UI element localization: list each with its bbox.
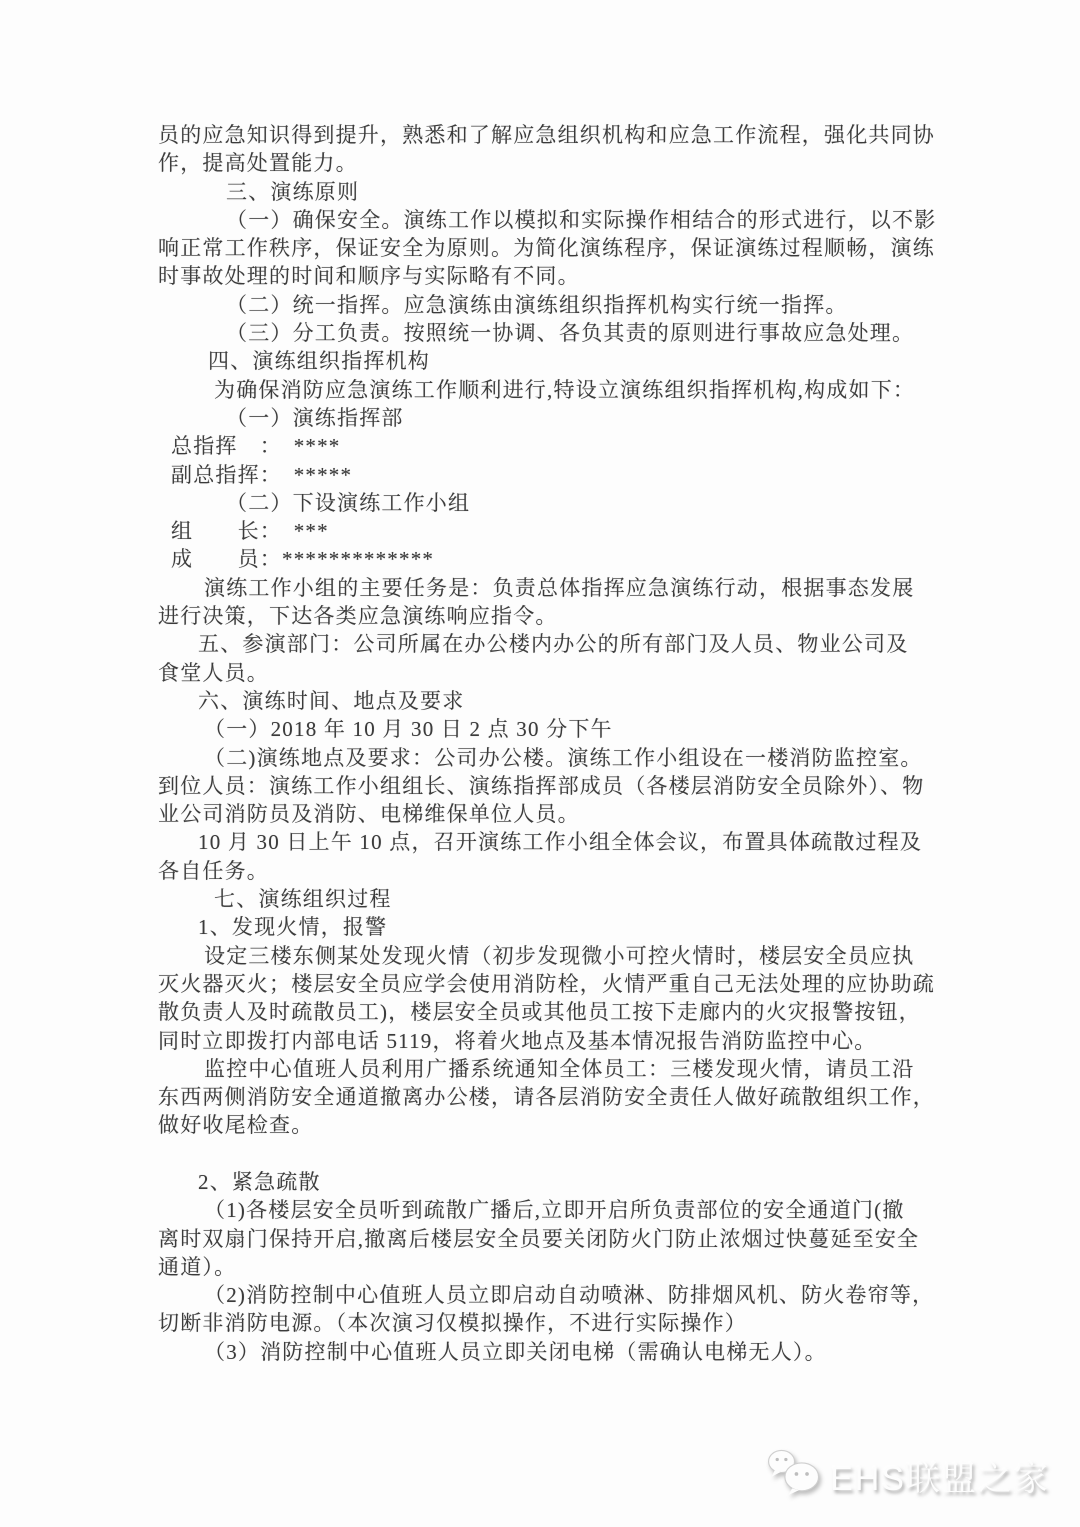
doc-line: 离时双扇门保持开启,撤离后楼层安全员要关闭防火门防止浓烟过快蔓延至安全 [158, 1225, 938, 1253]
doc-line: 监控中心值班人员利用广播系统通知全体员工：三楼发现火情，请员工沿 [158, 1055, 938, 1083]
doc-line: 作，提高处置能力。 [158, 149, 938, 177]
doc-line: 五、参演部门：公司所属在办公楼内办公的所有部门及人员、物业公司及 [158, 630, 938, 658]
doc-line: 10 月 30 日上午 10 点，召开演练工作小组全体会议，布置具体疏散过程及 [158, 828, 938, 856]
doc-line: （一）演练指挥部 [158, 404, 938, 432]
doc-line: 灭火器灭火；楼层安全员应学会使用消防栓，火情严重自己无法处理的应协助疏 [158, 970, 938, 998]
doc-line: 散负责人及时疏散员工)，楼层安全员或其他员工按下走廊内的火灾报警按钮， [158, 998, 938, 1026]
document-page: 员的应急知识得到提升，熟悉和了解应急组织机构和应急工作流程，强化共同协 作，提高… [0, 0, 1080, 1527]
doc-line: 通道）。 [158, 1253, 938, 1281]
doc-line: 响正常工作秩序，保证安全为原则。为简化演练程序，保证演练过程顺畅，演练 [158, 234, 938, 262]
doc-line: 设定三楼东侧某处发现火情（初步发现微小可控火情时，楼层安全员应执 [158, 942, 938, 970]
doc-line: 总指挥 ： **** [158, 432, 938, 460]
watermark-label: EHS联盟之家 [830, 1451, 1050, 1500]
doc-line: （三）分工负责。按照统一协调、各负其责的原则进行事故应急处理。 [158, 319, 938, 347]
doc-line: （二）下设演练工作小组 [158, 489, 938, 517]
doc-line: 六、演练时间、地点及要求 [158, 687, 938, 715]
wechat-icon [766, 1448, 824, 1503]
doc-line: 同时立即拨打内部电话 5119，将着火地点及基本情况报告消防监控中心。 [158, 1027, 938, 1055]
doc-line: 食堂人员。 [158, 659, 938, 687]
doc-line: 各自任务。 [158, 857, 938, 885]
doc-line: 进行决策，下达各类应急演练响应指令。 [158, 602, 938, 630]
doc-line: 1、发现火情，报警 [158, 913, 938, 941]
doc-line: （二)演练地点及要求：公司办公楼。演练工作小组设在一楼消防监控室。 [158, 744, 938, 772]
doc-line: （一）2018 年 10 月 30 日 2 点 30 分下午 [158, 715, 938, 743]
doc-line: 业公司消防员及消防、电梯维保单位人员。 [158, 800, 938, 828]
doc-line: 切断非消防电源。（本次演习仅模拟操作，不进行实际操作） [158, 1309, 938, 1337]
doc-line: 演练工作小组的主要任务是：负责总体指挥应急演练行动，根据事态发展 [158, 574, 938, 602]
doc-line: 七、演练组织过程 [158, 885, 938, 913]
doc-line: 四、演练组织指挥机构 [158, 347, 938, 375]
doc-line: 副总指挥： ***** [158, 461, 938, 489]
document-body: 员的应急知识得到提升，熟悉和了解应急组织机构和应急工作流程，强化共同协 作，提高… [158, 121, 938, 1366]
doc-line: （1)各楼层安全员听到疏散广播后,立即开启所负责部位的安全通道门(撤 [158, 1196, 938, 1224]
doc-line: 员的应急知识得到提升，熟悉和了解应急组织机构和应急工作流程，强化共同协 [158, 121, 938, 149]
doc-line: 2、紧急疏散 [158, 1168, 938, 1196]
doc-line: 成 员：************* [158, 545, 938, 573]
doc-line: （一）确保安全。演练工作以模拟和实际操作相结合的形式进行，以不影 [158, 206, 938, 234]
doc-line: 为确保消防应急演练工作顺利进行,特设立演练组织指挥机构,构成如下： [158, 376, 938, 404]
blank-line [158, 1140, 938, 1168]
doc-line: 组 长： *** [158, 517, 938, 545]
watermark: EHS联盟之家 [766, 1448, 1050, 1503]
doc-line: （3）消防控制中心值班人员立即关闭电梯（需确认电梯无人）。 [158, 1338, 938, 1366]
doc-line: 时事故处理的时间和顺序与实际略有不同。 [158, 262, 938, 290]
doc-line: 东西两侧消防安全通道撤离办公楼，请各层消防安全责任人做好疏散组织工作， [158, 1083, 938, 1111]
doc-line: （2)消防控制中心值班人员立即启动自动喷淋、防排烟风机、防火卷帘等， [158, 1281, 938, 1309]
doc-line: 三、演练原则 [158, 178, 938, 206]
doc-line: （二）统一指挥。应急演练由演练组织指挥机构实行统一指挥。 [158, 291, 938, 319]
doc-line: 到位人员：演练工作小组组长、演练指挥部成员（各楼层消防安全员除外）、物 [158, 772, 938, 800]
doc-line: 做好收尾检查。 [158, 1111, 938, 1139]
